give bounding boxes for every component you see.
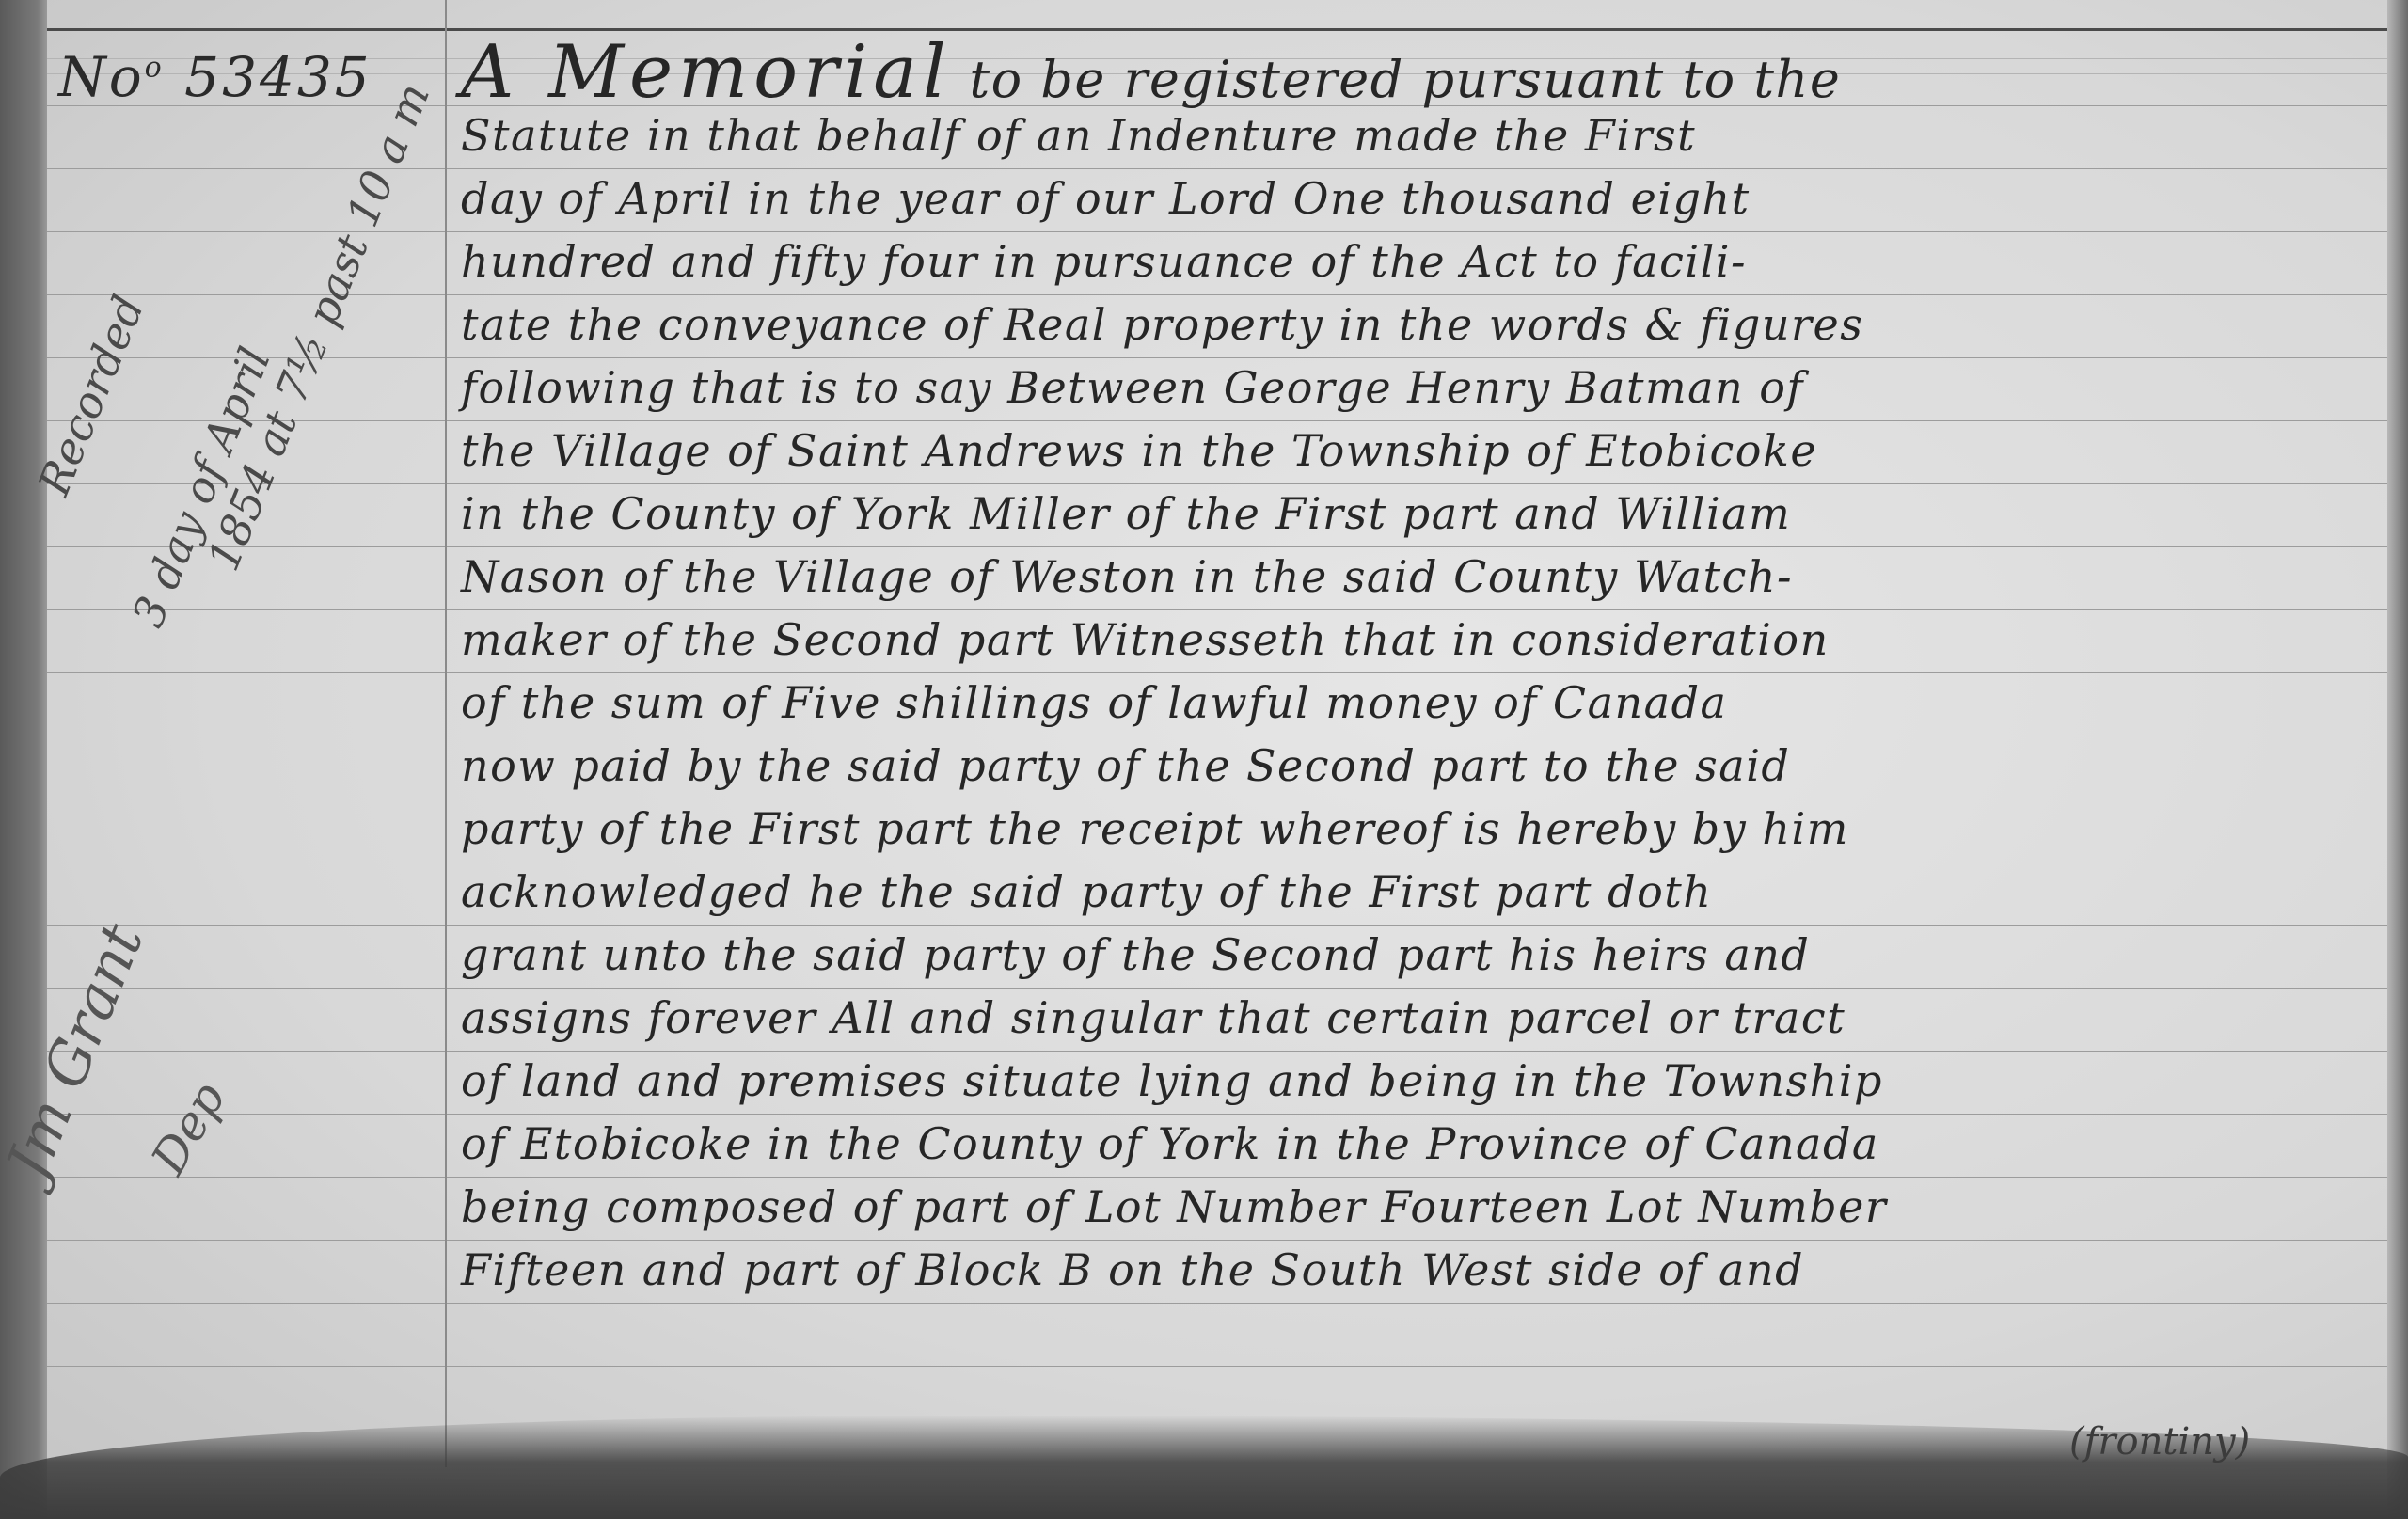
text-line: being composed of part of Lot Number Fou… xyxy=(461,1176,2380,1239)
book-gutter-shadow xyxy=(0,0,47,1519)
text-line: Nason of the Village of Weston in the sa… xyxy=(461,546,2380,609)
text-line: assigns forever All and singular that ce… xyxy=(461,987,2380,1050)
registrar-title: Dep xyxy=(141,1073,236,1183)
page-edge xyxy=(2387,0,2408,1519)
entry-number-prefix: No xyxy=(58,45,145,109)
memorial-title-line: A Memorial to be registered pursuant to … xyxy=(461,41,2380,104)
text-line: day of April in the year of our Lord One… xyxy=(461,167,2380,230)
entry-number: Noo 53435 xyxy=(58,45,372,109)
text-line: of the sum of Five shillings of lawful m… xyxy=(461,672,2380,735)
bottom-page-shadow xyxy=(0,1416,2408,1519)
text-line: Statute in that behalf of an Indenture m… xyxy=(461,104,2380,167)
memorial-body: A Memorial to be registered pursuant to … xyxy=(461,41,2380,1365)
text-line: hundred and fifty four in pursuance of t… xyxy=(461,230,2380,293)
entry-number-value: 53435 xyxy=(184,45,372,109)
text-line: party of the First part the receipt wher… xyxy=(461,798,2380,861)
text-line: Fifteen and part of Block B on the South… xyxy=(461,1239,2380,1302)
top-rule xyxy=(47,28,2387,31)
ledger-page: Noo 53435 Recorded 3 day of April 1854 a… xyxy=(0,0,2408,1519)
margin-divider xyxy=(445,0,447,1467)
text-line: maker of the Second part Witnesseth that… xyxy=(461,609,2380,672)
text-line: in the County of York Miller of the Firs… xyxy=(461,483,2380,546)
text-line: of land and premises situate lying and b… xyxy=(461,1050,2380,1113)
text-line: now paid by the said party of the Second… xyxy=(461,735,2380,798)
ruled-line xyxy=(47,1366,2387,1367)
text-line: to be registered pursuant to the xyxy=(969,50,1841,109)
text-line: of Etobicoke in the County of York in th… xyxy=(461,1113,2380,1176)
text-line: grant unto the said party of the Second … xyxy=(461,924,2380,987)
text-line xyxy=(461,1302,2380,1365)
text-line: tate the conveyance of Real property in … xyxy=(461,293,2380,356)
text-line: acknowledged he the said party of the Fi… xyxy=(461,861,2380,924)
text-line: the Village of Saint Andrews in the Town… xyxy=(461,419,2380,483)
memorial-title: A Memorial xyxy=(461,30,952,115)
text-line: following that is to say Between George … xyxy=(461,356,2380,419)
margin-recorded-time: 1854 at 7½ past 10 a m xyxy=(198,76,439,578)
